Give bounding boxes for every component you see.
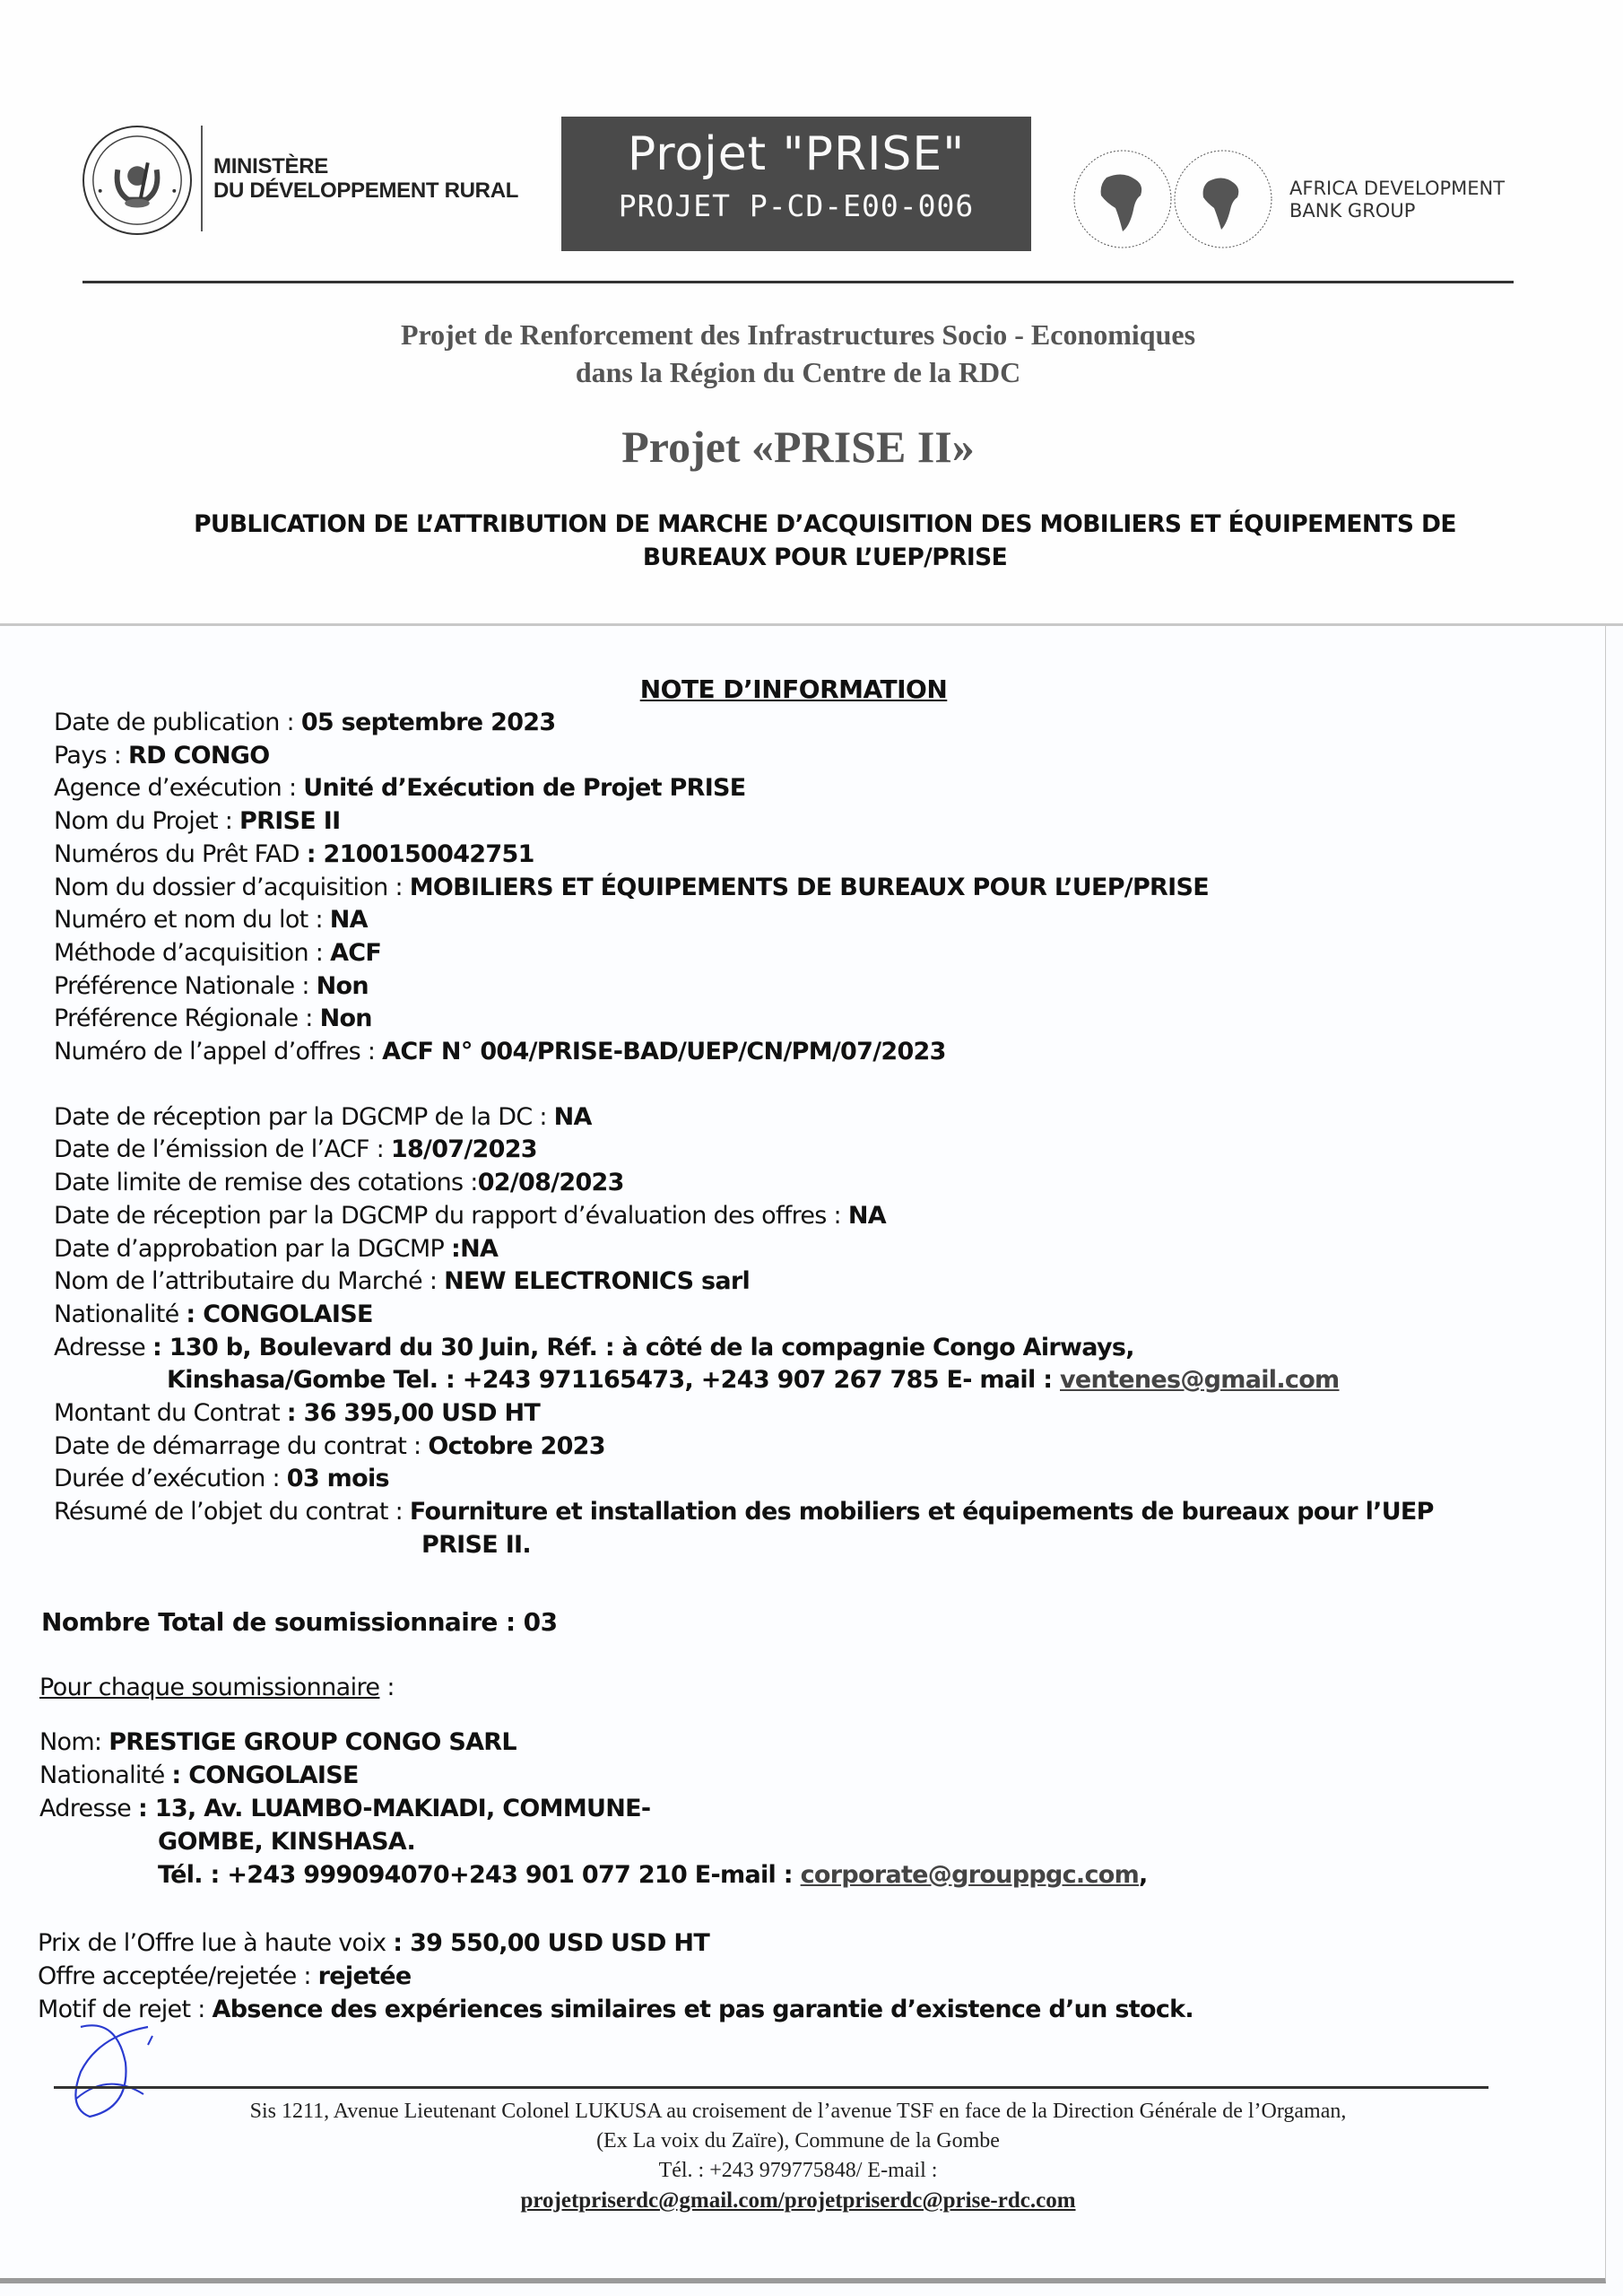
offer-rejection-reason: Motif de rejet : Absence des expériences… — [38, 1993, 1472, 2026]
footer-line-3: Tél. : +243 979775848/ E-mail : — [36, 2156, 1560, 2186]
field-label: Date de démarrage du contrat : — [54, 1432, 428, 1460]
footer-address: Sis 1211, Avenue Lieutenant Colonel LUKU… — [36, 2097, 1560, 2215]
project-full-title: Projet de Renforcement des Infrastructur… — [0, 316, 1596, 391]
field-value: Absence des expériences similaires et pa… — [213, 1996, 1193, 2023]
field-label: Agence d’exécution : — [54, 774, 303, 802]
field-value: NEW ELECTRONICS sarl — [444, 1267, 750, 1295]
field-value: NA — [848, 1202, 886, 1230]
field-value: Octobre 2023 — [428, 1432, 605, 1460]
field-label: Adresse — [54, 1334, 152, 1361]
field-contract-object: Résumé de l’objet du contrat : Fournitur… — [54, 1496, 1560, 1529]
field-label: Date de publication : — [54, 709, 301, 736]
field-country: Pays : RD CONGO — [54, 740, 1560, 773]
field-label: Nom du dossier d’acquisition : — [54, 874, 410, 901]
field-label: Pays : — [54, 742, 128, 770]
field-value: : 36 395,00 USD HT — [287, 1399, 540, 1427]
ministry-divider — [201, 126, 203, 231]
field-value: : CONGOLAISE — [171, 1761, 358, 1789]
field-label: Préférence Régionale : — [54, 1004, 320, 1032]
field-label: Date de réception par la DGCMP de la DC … — [54, 1103, 554, 1131]
field-dgcmp-dc-date: Date de réception par la DGCMP de la DC … — [54, 1101, 1560, 1135]
field-label: Date d’approbation par la DGCMP — [54, 1235, 451, 1263]
field-acquisition-file: Nom du dossier d’acquisition : MOBILIERS… — [54, 872, 1560, 905]
offer-price: Prix de l’Offre lue à haute voix : 39 55… — [38, 1926, 1472, 1960]
field-contract-object-cont: PRISE II. — [54, 1529, 1560, 1562]
field-approval-date: Date d’approbation par la DGCMP :NA — [54, 1233, 1560, 1266]
project-name: Projet «PRISE II» — [0, 422, 1596, 472]
field-label: Adresse — [39, 1795, 138, 1822]
field-label: Préférence Nationale : — [54, 972, 317, 1000]
field-acquisition-method: Méthode d’acquisition : ACF — [54, 937, 1560, 970]
note-fields: Date de publication : 05 septembre 2023 … — [54, 707, 1560, 1562]
email-suffix: , — [1139, 1861, 1148, 1889]
field-awardee-contact: Kinshasa/Gombe Tel. : +243 971165473, +2… — [54, 1364, 1560, 1397]
bidder-address-cont: GOMBE, KINSHASA. — [39, 1825, 1474, 1858]
field-evaluation-report-date: Date de réception par la DGCMP du rappor… — [54, 1200, 1560, 1233]
field-awardee-address: Adresse : 130 b, Boulevard du 30 Juin, R… — [54, 1332, 1560, 1365]
awardee-email-link[interactable]: ventenes@gmail.com — [1060, 1366, 1340, 1394]
field-value: MOBILIERS ET ÉQUIPEMENTS DE BUREAUX POUR… — [410, 874, 1209, 901]
per-bidder-label: Pour chaque soumissionnaire : — [39, 1674, 395, 1701]
field-value: Non — [317, 972, 369, 1000]
field-value: : 39 550,00 USD USD HT — [393, 1929, 709, 1957]
field-label: Date de réception par la DGCMP du rappor… — [54, 1202, 848, 1230]
field-label: Nom du Projet : — [54, 807, 239, 835]
field-label: Nationalité — [54, 1300, 186, 1328]
field-label: Résumé de l’objet du contrat : — [54, 1498, 410, 1526]
total-bidders: Nombre Total de soumissionnaire : 03 — [41, 1607, 557, 1637]
field-value: PRISE II. — [421, 1531, 531, 1559]
field-value: : 13, Av. LUAMBO-MAKIADI, COMMUNE- — [138, 1795, 650, 1822]
field-executing-agency: Agence d’exécution : Unité d’Exécution d… — [54, 772, 1560, 805]
field-value: ACF N° 004/PRISE-BAD/UEP/CN/PM/07/2023 — [382, 1038, 946, 1065]
field-label: Durée d’exécution : — [54, 1465, 287, 1492]
publication-title: PUBLICATION DE L’ATTRIBUTION DE MARCHE D… — [54, 508, 1596, 574]
drc-government-seal-icon — [82, 126, 192, 235]
offer-status: Offre acceptée/rejetée : rejetée — [38, 1960, 1472, 1993]
field-label: Nom: — [39, 1728, 108, 1756]
field-label: Date limite de remise des cotations : — [54, 1169, 478, 1196]
field-label: Montant du Contrat — [54, 1399, 287, 1427]
field-label: Prix de l’Offre lue à haute voix — [38, 1929, 393, 1957]
field-value: 18/07/2023 — [391, 1135, 537, 1163]
footer-line-2: (Ex La voix du Zaïre), Commune de la Gom… — [36, 2126, 1560, 2156]
field-label: Offre acceptée/rejetée : — [38, 1962, 318, 1990]
per-bidder-colon: : — [379, 1674, 394, 1701]
ministry-line-1: MINISTÈRE — [213, 154, 518, 178]
field-value: 05 septembre 2023 — [301, 709, 556, 736]
bidder-offer: Prix de l’Offre lue à haute voix : 39 55… — [38, 1926, 1472, 2026]
field-value: Tél. : +243 999094070+243 901 077 210 E-… — [158, 1861, 801, 1889]
field-awardee: Nom de l’attributaire du Marché : NEW EL… — [54, 1265, 1560, 1299]
field-label: Numéros du Prêt FAD — [54, 840, 307, 868]
bidder-name: Nom: PRESTIGE GROUP CONGO SARL — [39, 1726, 1474, 1759]
field-start-date: Date de démarrage du contrat : Octobre 2… — [54, 1431, 1560, 1464]
per-bidder-heading: Pour chaque soumissionnaire — [39, 1674, 379, 1701]
field-value: Unité d’Exécution de Projet PRISE — [303, 774, 745, 802]
bidder-block: Nom: PRESTIGE GROUP CONGO SARL Nationali… — [39, 1726, 1474, 1892]
field-value: rejetée — [318, 1962, 412, 1990]
bidder-address: Adresse : 13, Av. LUAMBO-MAKIADI, COMMUN… — [39, 1792, 1474, 1825]
field-value: 02/08/2023 — [478, 1169, 624, 1196]
subtitle-line-1: Projet de Renforcement des Infrastructur… — [0, 316, 1596, 353]
field-label: Numéro et nom du lot : — [54, 906, 330, 934]
field-project-name: Nom du Projet : PRISE II — [54, 805, 1560, 839]
field-regional-preference: Préférence Régionale : Non — [54, 1003, 1560, 1036]
letterhead: MINISTÈRE DU DÉVELOPPEMENT RURAL Projet … — [0, 0, 1623, 296]
field-label: Nom de l’attributaire du Marché : — [54, 1267, 444, 1295]
field-value: 03 mois — [287, 1465, 389, 1492]
publication-title-line-1: PUBLICATION DE L’ATTRIBUTION DE MARCHE D… — [54, 508, 1596, 541]
bidder-contact: Tél. : +243 999094070+243 901 077 210 E-… — [39, 1858, 1474, 1892]
bidder-email-link[interactable]: corporate@grouppgc.com — [801, 1861, 1139, 1889]
footer-divider — [54, 2086, 1488, 2089]
field-loan-number: Numéros du Prêt FAD : 2100150042751 — [54, 839, 1560, 872]
field-tender-number: Numéro de l’appel d’offres : ACF N° 004/… — [54, 1036, 1560, 1069]
field-value: NA — [330, 906, 368, 934]
field-value: GOMBE, KINSHASA. — [158, 1828, 415, 1856]
field-value: PRISE II — [239, 807, 340, 835]
field-value: PRESTIGE GROUP CONGO SARL — [108, 1728, 516, 1756]
ministry-name: MINISTÈRE DU DÉVELOPPEMENT RURAL — [213, 154, 518, 203]
field-label: Numéro de l’appel d’offres : — [54, 1038, 382, 1065]
field-value: ACF — [330, 939, 381, 967]
field-label: Méthode d’acquisition : — [54, 939, 330, 967]
prise-logo-title: Projet "PRISE" — [561, 131, 1031, 178]
field-awardee-nationality: Nationalité : CONGOLAISE — [54, 1299, 1560, 1332]
field-value: :NA — [451, 1235, 498, 1263]
field-value: RD CONGO — [128, 742, 269, 770]
field-national-preference: Préférence Nationale : Non — [54, 970, 1560, 1004]
field-quote-deadline: Date limite de remise des cotations :02/… — [54, 1167, 1560, 1200]
prise-logo-code: PROJET P-CD-E00-006 — [561, 190, 1031, 222]
field-value: : 2100150042751 — [307, 840, 534, 868]
publication-title-line-2: BUREAUX POUR L’UEP/PRISE — [54, 541, 1596, 574]
prise-project-logo: Projet "PRISE" PROJET P-CD-E00-006 — [561, 117, 1031, 251]
bidder-nationality: Nationalité : CONGOLAISE — [39, 1759, 1474, 1792]
field-lot: Numéro et nom du lot : NA — [54, 904, 1560, 937]
afdb-line-2: BANK GROUP — [1289, 200, 1505, 222]
field-duration: Durée d’exécution : 03 mois — [54, 1463, 1560, 1496]
field-value: : CONGOLAISE — [186, 1300, 372, 1328]
field-value: NA — [554, 1103, 592, 1131]
field-contract-amount: Montant du Contrat : 36 395,00 USD HT — [54, 1397, 1560, 1431]
field-publication-date: Date de publication : 05 septembre 2023 — [54, 707, 1560, 740]
field-value: Kinshasa/Gombe Tel. : +243 971165473, +2… — [167, 1366, 1060, 1394]
field-label: Date de l’émission de l’ACF : — [54, 1135, 391, 1163]
subtitle-line-2: dans la Région du Centre de la RDC — [0, 353, 1596, 391]
note-heading: NOTE D’INFORMATION — [0, 674, 1587, 704]
field-label: Nationalité — [39, 1761, 171, 1789]
footer-email-links[interactable]: projetpriserdc@gmail.com/projetpriserdc@… — [36, 2186, 1560, 2215]
spacer — [54, 1069, 1560, 1101]
ministry-line-2: DU DÉVELOPPEMENT RURAL — [213, 178, 518, 203]
field-value: Fourniture et installation des mobiliers… — [410, 1498, 1434, 1526]
footer-line-1: Sis 1211, Avenue Lieutenant Colonel LUKU… — [36, 2097, 1560, 2126]
afdb-line-1: AFRICA DEVELOPMENT — [1289, 178, 1505, 200]
field-acf-issue-date: Date de l’émission de l’ACF : 18/07/2023 — [54, 1134, 1560, 1167]
field-value: : 130 b, Boulevard du 30 Juin, Réf. : à … — [152, 1334, 1134, 1361]
header-divider — [82, 281, 1514, 283]
afdb-name: AFRICA DEVELOPMENT BANK GROUP — [1289, 178, 1505, 222]
afdb-logo-icon — [1071, 145, 1277, 253]
field-value: Non — [320, 1004, 372, 1032]
